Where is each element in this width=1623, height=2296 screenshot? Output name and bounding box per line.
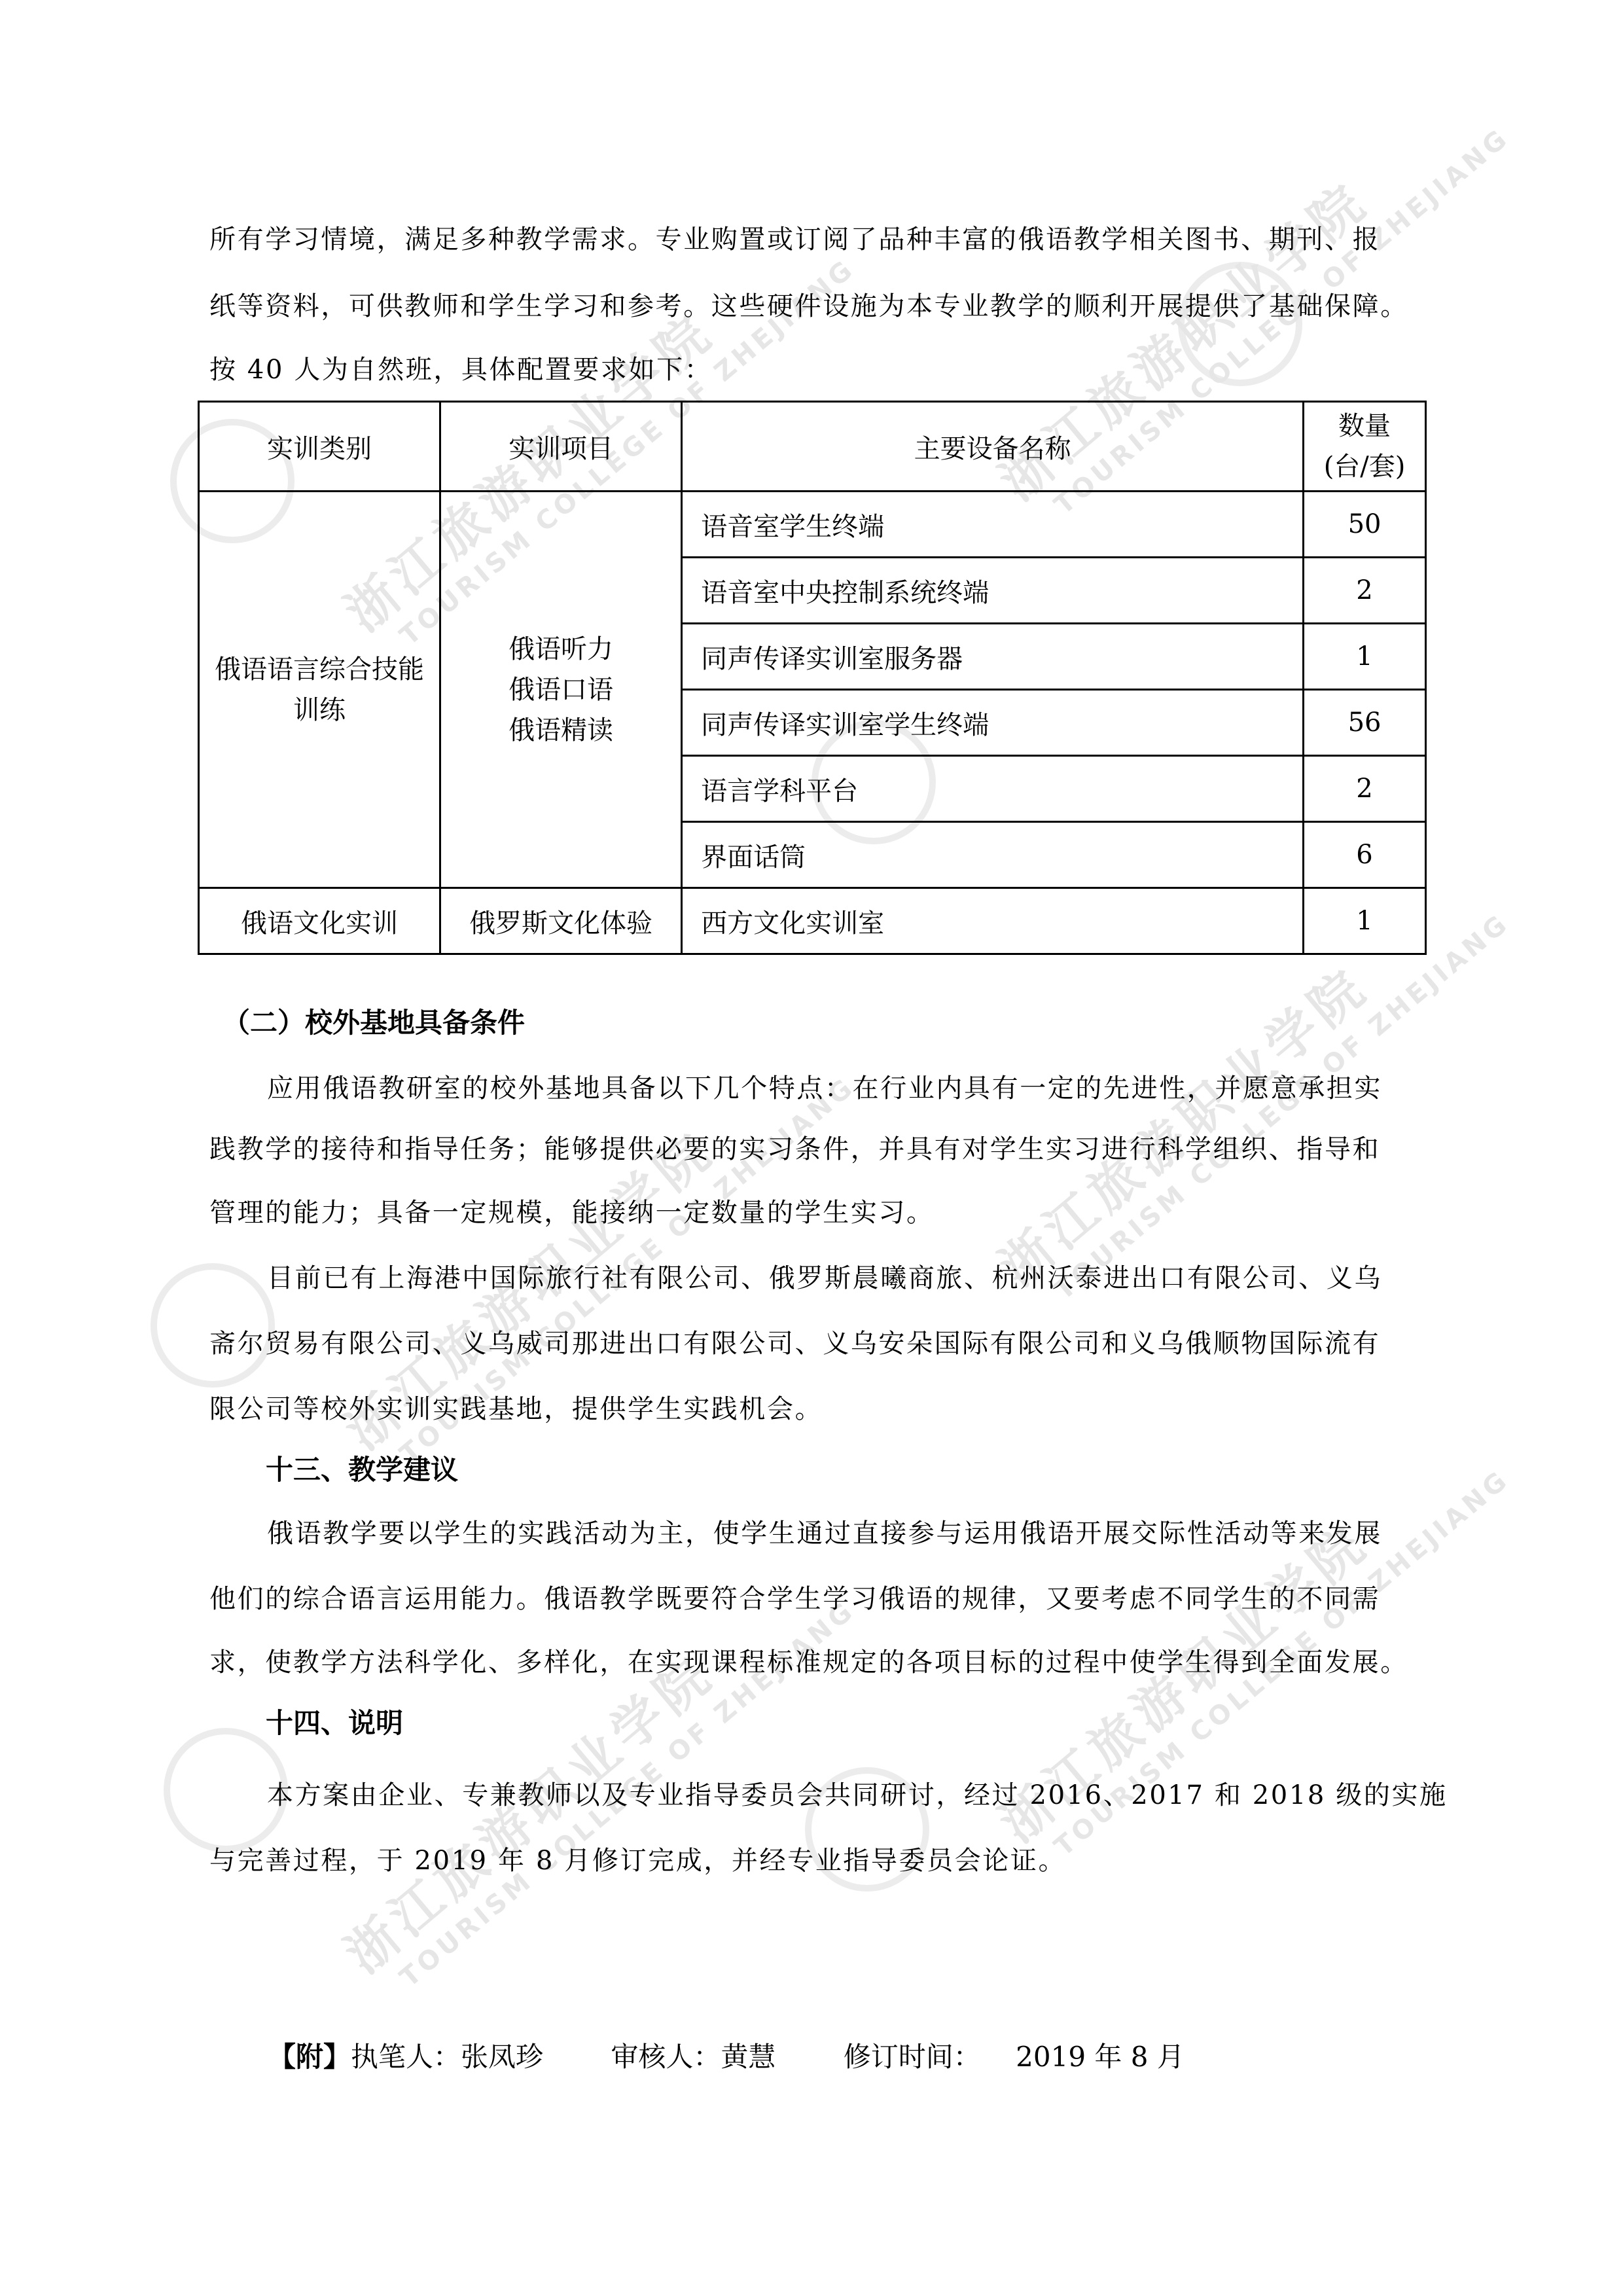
paragraph-line: 目前已有上海港中国际旅行社有限公司、俄罗斯晨曦商旅、杭州沃泰进出口有限公司、义乌 — [209, 1260, 1471, 1297]
revised-label: 修订时间： — [844, 2036, 981, 2075]
paragraph-line: 斋尔贸易有限公司、义乌威司那进出口有限公司、义乌安朵国际有限公司和义乌俄顺物国际… — [209, 1325, 1414, 1362]
category-line2: 训练 — [200, 690, 439, 730]
cell-quantity: 1 — [1304, 624, 1426, 690]
project-item: 俄语精读 — [441, 710, 681, 751]
cell-equipment: 同声传译实训室服务器 — [682, 624, 1304, 690]
cell-category: 俄语语言综合技能 训练 — [199, 492, 440, 888]
paragraph-line: 管理的能力；具备一定规模，能接纳一定数量的学生实习。 — [209, 1194, 1414, 1231]
intro-line: 所有学习情境，满足多种教学需求。专业购置或订阅了品种丰富的俄语教学相关图书、期刊… — [209, 221, 1414, 258]
cell-equipment: 西方文化实训室 — [682, 888, 1304, 954]
paragraph-line: 他们的综合语言运用能力。俄语教学既要符合学生学习俄语的规律，又要考虑不同学生的不… — [209, 1581, 1414, 1617]
cell-quantity: 56 — [1304, 690, 1426, 756]
section-heading-14: 十四、说明 — [266, 1705, 403, 1742]
header-project: 实训项目 — [440, 402, 682, 492]
cell-project: 俄罗斯文化体验 — [440, 888, 682, 954]
writer-name: 张凤珍 — [461, 2036, 543, 2075]
paragraph-line: 应用俄语教研室的校外基地具备以下几个特点：在行业内具有一定的先进性，并愿意承担实 — [209, 1070, 1471, 1107]
revised-date: 2019 年 8 月 — [1016, 2036, 1185, 2075]
reviewer-label: 审核人： — [611, 2036, 721, 2075]
reviewer-name: 黄慧 — [721, 2036, 776, 2075]
intro-line: 按 40 人为自然班，具体配置要求如下： — [209, 351, 1414, 388]
paragraph-line: 限公司等校外实训实践基地，提供学生实践机会。 — [209, 1391, 1414, 1427]
cell-category: 俄语文化实训 — [199, 888, 440, 954]
cell-quantity: 50 — [1304, 492, 1426, 558]
watermark-en: TOURISM COLLEGE OF ZHEJIANG — [1049, 908, 1516, 1306]
section-heading-offcampus: （二）校外基地具备条件 — [223, 1005, 525, 1041]
header-quantity-line1: 数量 — [1304, 406, 1425, 446]
header-category: 实训类别 — [199, 402, 440, 492]
paragraph-line: 求，使教学方法科学化、多样化，在实现课程标准规定的各项目标的过程中使学生得到全面… — [209, 1644, 1414, 1681]
project-item: 俄语听力 — [441, 629, 681, 670]
cell-quantity: 1 — [1304, 888, 1426, 954]
cell-quantity: 6 — [1304, 822, 1426, 888]
project-item: 俄语口语 — [441, 670, 681, 710]
cell-equipment: 同声传译实训室学生终端 — [682, 690, 1304, 756]
paragraph-line: 本方案由企业、专兼教师以及专业指导委员会共同研讨，经过 2016、2017 和 … — [209, 1777, 1471, 1814]
section-heading-13: 十三、教学建议 — [266, 1452, 458, 1488]
cell-quantity: 2 — [1304, 756, 1426, 822]
equipment-table: 实训类别 实训项目 主要设备名称 数量 (台/套) 俄语语言综合技能 训练 俄语… — [198, 401, 1427, 955]
header-equipment: 主要设备名称 — [682, 402, 1304, 492]
intro-line: 纸等资料，可供教师和学生学习和参考。这些硬件设施为本专业教学的顺利开展提供了基础… — [209, 288, 1414, 325]
table-row: 俄语语言综合技能 训练 俄语听力 俄语口语 俄语精读 语音室学生终端 50 — [199, 492, 1426, 558]
cell-project: 俄语听力 俄语口语 俄语精读 — [440, 492, 682, 888]
writer-label: 执笔人： — [351, 2036, 461, 2075]
cell-equipment: 语音室中央控制系统终端 — [682, 558, 1304, 624]
signature-line: 【附】执笔人：张凤珍 审核人：黄慧 修订时间： 2019 年 8 月 — [268, 2036, 1185, 2075]
header-quantity: 数量 (台/套) — [1304, 402, 1426, 492]
table-header-row: 实训类别 实训项目 主要设备名称 数量 (台/套) — [199, 402, 1426, 492]
paragraph-line: 与完善过程，于 2019 年 8 月修订完成，并经专业指导委员会论证。 — [209, 1842, 1414, 1879]
cell-equipment: 语音室学生终端 — [682, 492, 1304, 558]
paragraph-line: 俄语教学要以学生的实践活动为主，使学生通过直接参与运用俄语开展交际性活动等来发展 — [209, 1515, 1471, 1552]
category-line1: 俄语语言综合技能 — [200, 649, 439, 690]
paragraph-line: 践教学的接待和指导任务；能够提供必要的实习条件，并具有对学生实习进行科学组织、指… — [209, 1131, 1414, 1168]
cell-quantity: 2 — [1304, 558, 1426, 624]
appendix-label: 【附】 — [268, 2036, 351, 2075]
cell-equipment: 界面话筒 — [682, 822, 1304, 888]
cell-equipment: 语言学科平台 — [682, 756, 1304, 822]
header-quantity-line2: (台/套) — [1304, 446, 1425, 487]
table-row: 俄语文化实训 俄罗斯文化体验 西方文化实训室 1 — [199, 888, 1426, 954]
